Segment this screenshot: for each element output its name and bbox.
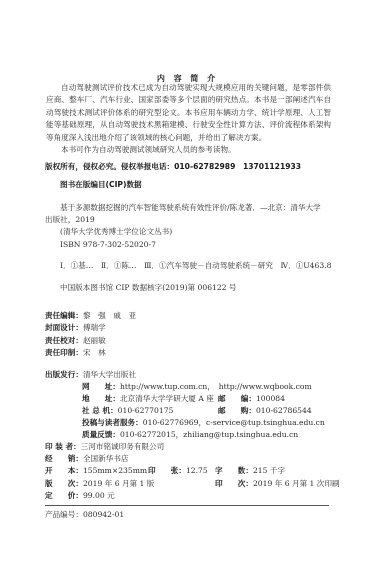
format-label: 开 本： (45, 466, 83, 475)
credit-cover-design: 封面设计：傅瑞学 (45, 323, 106, 333)
summary-paragraph-2: 本书可作为自动驾驶测试领域研究人员的参考读物。 (46, 144, 331, 156)
website-label: 网 址： (82, 382, 120, 391)
publisher-line: 出版发行：清华大学出版社 (45, 370, 136, 380)
credit-label: 责任编辑： (45, 311, 83, 320)
cip-verification: 中国版本图书馆 CIP 数据核字(2019)第 006122 号 (60, 283, 237, 293)
switchboard-value: 010-62770175 (118, 406, 174, 415)
words-line: 字 数：215 千字 (215, 466, 285, 476)
address-value: 北京清华大学学研大厦 A 座 (120, 394, 214, 403)
edition-line: 版 次：2019 年 6 月第 1 版 (45, 479, 154, 489)
address-label: 地 址： (82, 394, 120, 403)
switchboard-label: 社 总 机： (82, 406, 118, 415)
website-value: http://www.tup.com.cn， http://www.wqbook… (120, 382, 312, 391)
feedback-label: 质量反馈： (82, 430, 120, 439)
credit-value: 宋 林 (83, 348, 106, 357)
credit-value: 傅瑞学 (83, 323, 106, 332)
impression-label: 印 次： (215, 479, 253, 488)
sheets-line: 印 张：12.75 (148, 466, 208, 476)
words-value: 215 千字 (253, 466, 285, 475)
credit-label: 封面设计： (45, 323, 83, 332)
publisher-address: 地 址：北京清华大学学研大厦 A 座 (82, 394, 214, 404)
publisher-name: 清华大学出版社 (83, 370, 136, 379)
credit-value: 赵丽敏 (83, 336, 106, 345)
credit-editor: 责任编辑：黎 强 戚 亚 (45, 311, 136, 321)
mail-order-value: 010-62786544 (256, 406, 312, 415)
printer-value: 三河市铭诚印务有限公司 (81, 442, 165, 451)
publisher-postcode: 邮 编：100084 (218, 394, 285, 404)
publisher-feedback: 质量反馈：010-62772015，zhiliang@tup.tsinghua.… (82, 430, 298, 440)
cip-classification: Ⅰ．①基… Ⅱ．①陈… Ⅲ．①汽车驾驶－自动驾驶系统－研究 Ⅳ．①U463.8 (60, 261, 331, 271)
summary-paragraph: 自动驾驶测试评价技术已成为自动驾驶实现大规模应用的关键问题，是零部件供应商、整车… (46, 82, 331, 144)
edition-label: 版 次： (45, 479, 83, 488)
product-code: 产品编号：080942-01 (45, 510, 124, 520)
format-line: 开 本：155mm×235mm (45, 466, 147, 476)
cip-isbn: ISBN 978-7-302-52020-7 (60, 240, 156, 250)
postcode-label: 邮 编： (218, 394, 256, 403)
credit-label: 责任印制： (45, 348, 83, 357)
distributor-label: 经 销： (45, 454, 83, 463)
publisher-website: 网 址：http://www.tup.com.cn， http://www.wq… (82, 382, 312, 392)
credit-proofreader: 责任校对：赵丽敏 (45, 336, 106, 346)
publisher-label: 出版发行： (45, 370, 83, 379)
mail-order-label: 邮 购： (218, 406, 256, 415)
submission-value: 010-62776969，c-service@tup.tsinghua.edu.… (143, 418, 325, 427)
edition-value: 2019 年 6 月第 1 版 (83, 479, 154, 488)
price-value: 99.00 元 (83, 491, 115, 500)
price-label: 定 价： (45, 491, 83, 500)
submission-label: 投稿与读者服务： (82, 418, 143, 427)
cip-header: 图书在版编目(CIP)数据 (60, 180, 142, 190)
publisher-switchboard: 社 总 机：010-62770175 (82, 406, 173, 416)
impression-line: 印 次：2019 年 6 月第 1 次印刷 (215, 479, 340, 489)
format-value: 155mm×235mm (83, 466, 147, 475)
distributor-value: 全国新华书店 (83, 454, 129, 463)
publisher-submission: 投稿与读者服务：010-62776969，c-service@tup.tsing… (82, 418, 325, 428)
price-line: 定 价：99.00 元 (45, 491, 115, 501)
impression-value: 2019 年 6 月第 1 次印刷 (253, 479, 340, 488)
postcode-value: 100084 (256, 394, 285, 403)
credit-printing: 责任印制：宋 林 (45, 348, 106, 358)
distributor-line: 经 销：全国新华书店 (45, 454, 129, 464)
sheets-label: 印 张： (148, 466, 186, 475)
cip-title-line-2: 出版社，2019 (45, 215, 95, 225)
copyright-notice: 版权所有，侵权必究。侵权举报电话：010-62782989 1370112193… (45, 162, 301, 172)
cip-series: (清华大学优秀博士学位论文丛书) (60, 227, 172, 237)
feedback-value: 010-62772015，zhiliang@tup.tsinghua.edu.c… (120, 430, 298, 439)
divider-rule (45, 505, 329, 506)
publisher-mail-order: 邮 购：010-62786544 (218, 406, 312, 416)
printer-line: 印 装 者：三河市铭诚印务有限公司 (45, 442, 164, 452)
printer-label: 印 装 者： (45, 442, 81, 451)
sheets-value: 12.75 (186, 466, 208, 475)
words-label: 字 数： (215, 466, 253, 475)
credit-label: 责任校对： (45, 336, 83, 345)
credit-value: 黎 强 戚 亚 (83, 311, 136, 320)
cip-title-line: 基于多源数据挖掘的汽车智能驾驶系统有效性评价/陈龙著．—北京：清华大学 (60, 203, 321, 213)
